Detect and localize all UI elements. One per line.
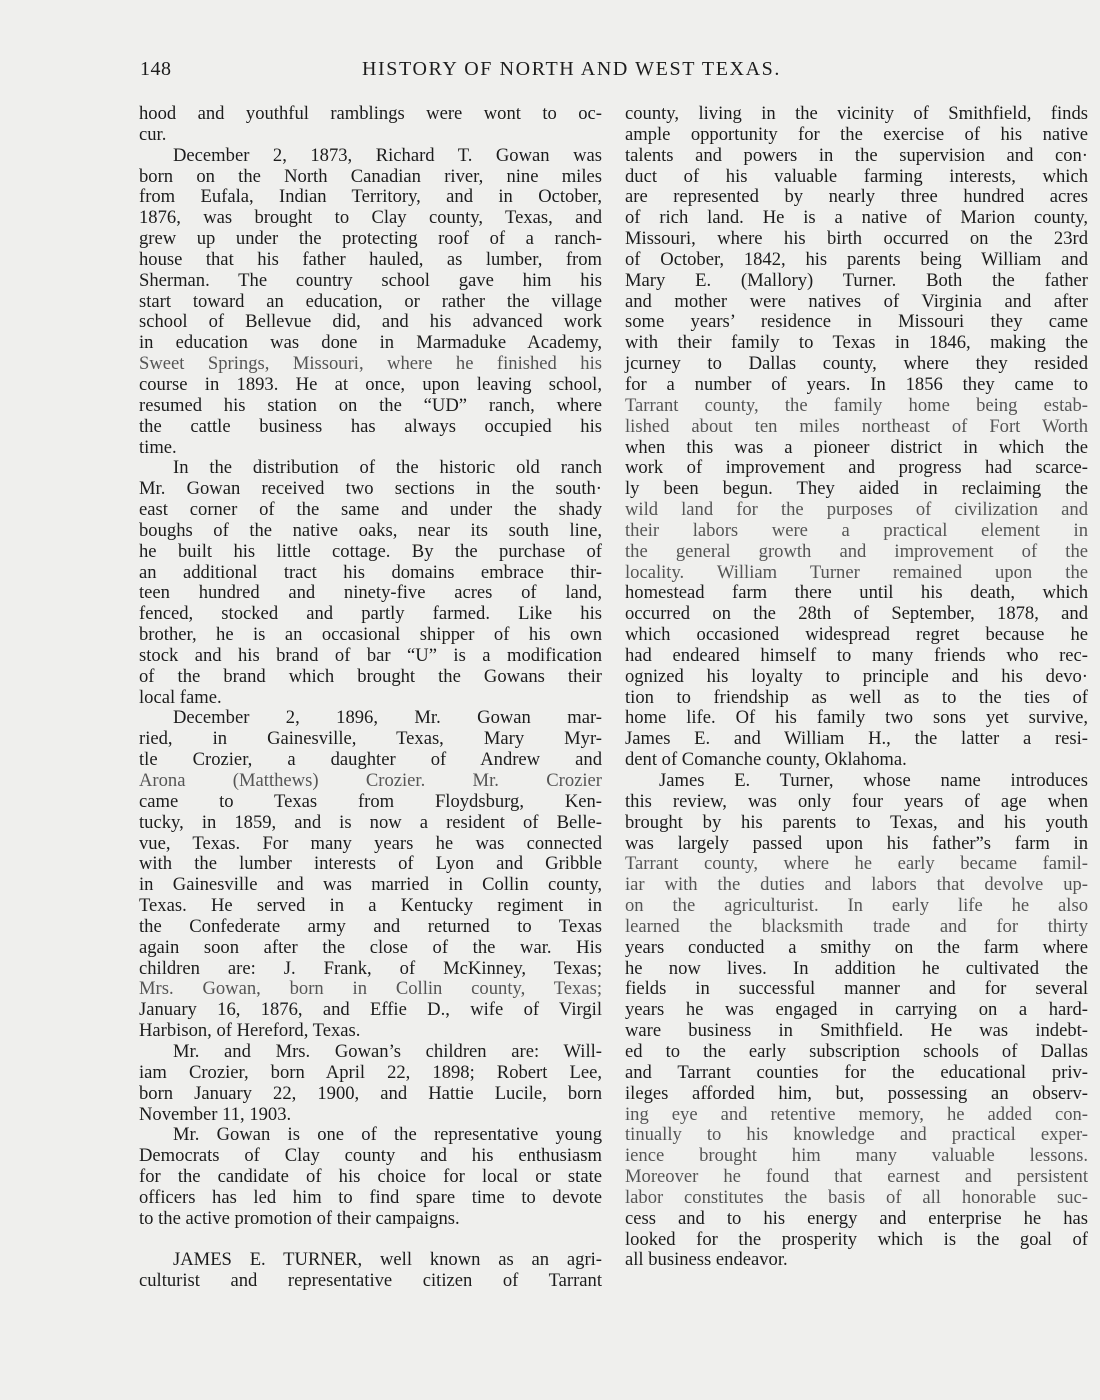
- text-line: Harbison, of Hereford, Texas.: [139, 1021, 602, 1042]
- text-line: tion to friendship as well as to the tie…: [625, 688, 1088, 709]
- text-line: grew up under the protecting roof of a r…: [139, 229, 602, 250]
- text-line: tle Crozier, a daughter of Andrew and: [139, 750, 602, 771]
- text-line: he built his little cottage. By the purc…: [139, 542, 602, 563]
- text-line: talents and powers in the supervision an…: [625, 146, 1088, 167]
- text-line: some years’ residence in Missouri they c…: [625, 312, 1088, 333]
- text-line: which occasioned widespread regret becau…: [625, 625, 1088, 646]
- text-line: work of improvement and progress had sca…: [625, 458, 1088, 479]
- text-line: iam Crozier, born April 22, 1898; Robert…: [139, 1063, 602, 1084]
- text-line: Sherman. The country school gave him his: [139, 271, 602, 292]
- text-line: January 16, 1876, and Effie D., wife of …: [139, 1000, 602, 1021]
- text-line: Tarrant county, where he early became fa…: [625, 854, 1088, 875]
- text-line: ing eye and retentive memory, he added c…: [625, 1105, 1088, 1126]
- text-line: for the candidate of his choice for loca…: [139, 1167, 602, 1188]
- text-line: course in 1893. He at once, upon leaving…: [139, 375, 602, 396]
- text-line: JAMES E. TURNER, well known as an agri-: [139, 1250, 602, 1271]
- text-line: in Gainesville and was married in Collin…: [139, 875, 602, 896]
- text-line: ly been begun. They aided in reclaiming …: [625, 479, 1088, 500]
- text-line: years he was engaged in carrying on a ha…: [625, 1000, 1088, 1021]
- text-line: Sweet Springs, Missouri, where he finish…: [139, 354, 602, 375]
- text-line: wild land for the purposes of civilizati…: [625, 500, 1088, 521]
- text-line: again soon after the close of the war. H…: [139, 938, 602, 959]
- text-line: locality. William Turner remained upon t…: [625, 563, 1088, 584]
- text-line: east corner of the same and under the sh…: [139, 500, 602, 521]
- text-line: officers has led him to find spare time …: [139, 1188, 602, 1209]
- text-line: the cattle business has always occupied …: [139, 417, 602, 438]
- text-line: ried, in Gainesville, Texas, Mary Myr-: [139, 729, 602, 750]
- text-line: and Tarrant counties for the educational…: [625, 1063, 1088, 1084]
- text-line: occurred on the 28th of September, 1878,…: [625, 604, 1088, 625]
- text-line: of the brand which brought the Gowans th…: [139, 667, 602, 688]
- text-line: lished about ten miles northeast of Fort…: [625, 417, 1088, 438]
- paragraph-spacer: [139, 1230, 602, 1251]
- text-line: brought by his parents to Texas, and his…: [625, 813, 1088, 834]
- text-line: are represented by nearly three hundred …: [625, 187, 1088, 208]
- text-line: he now lives. In addition he cultivated …: [625, 959, 1088, 980]
- text-line: Mrs. Gowan, born in Collin county, Texas…: [139, 979, 602, 1000]
- text-line: county, living in the vicinity of Smithf…: [625, 104, 1088, 125]
- text-line: labor constitutes the basis of all honor…: [625, 1188, 1088, 1209]
- running-head: HISTORY OF NORTH AND WEST TEXAS.: [362, 58, 781, 81]
- text-line: Tarrant county, the family home being es…: [625, 396, 1088, 417]
- text-line: James E. Turner, whose name introduces: [625, 771, 1088, 792]
- text-line: vue, Texas. For many years he was connec…: [139, 834, 602, 855]
- text-line: Arona (Matthews) Crozier. Mr. Crozier: [139, 771, 602, 792]
- text-line: cur.: [139, 125, 602, 146]
- text-line: time.: [139, 438, 602, 459]
- text-line: stock and his brand of bar “U” is a modi…: [139, 646, 602, 667]
- text-line: in education was done in Marmaduke Acade…: [139, 333, 602, 354]
- text-line: duct of his valuable farming interests, …: [625, 167, 1088, 188]
- text-line: December 2, 1873, Richard T. Gowan was: [139, 146, 602, 167]
- text-line: dent of Comanche county, Oklahoma.: [625, 750, 1088, 771]
- text-line: ed to the early subscription schools of …: [625, 1042, 1088, 1063]
- text-line: an additional tract his domains embrace …: [139, 563, 602, 584]
- text-line: school of Bellevue did, and his advanced…: [139, 312, 602, 333]
- text-line: all business endeavor.: [625, 1250, 1088, 1271]
- text-line: cess and to his energy and enterprise he…: [625, 1209, 1088, 1230]
- text-line: November 11, 1903.: [139, 1105, 602, 1126]
- text-line: ample opportunity for the exercise of hi…: [625, 125, 1088, 146]
- text-line: for a number of years. In 1856 they came…: [625, 375, 1088, 396]
- text-line: 1876, was brought to Clay county, Texas,…: [139, 208, 602, 229]
- text-line: December 2, 1896, Mr. Gowan mar-: [139, 708, 602, 729]
- text-line: Missouri, where his birth occurred on th…: [625, 229, 1088, 250]
- text-line: the Confederate army and returned to Tex…: [139, 917, 602, 938]
- text-line: of October, 1842, his parents being Will…: [625, 250, 1088, 271]
- text-line: start toward an education, or rather the…: [139, 292, 602, 313]
- text-line: and mother were natives of Virginia and …: [625, 292, 1088, 313]
- text-line: Moreover he found that earnest and persi…: [625, 1167, 1088, 1188]
- text-line: home life. Of his family two sons yet su…: [625, 708, 1088, 729]
- text-line: when this was a pioneer district in whic…: [625, 438, 1088, 459]
- text-line: of rich land. He is a native of Marion c…: [625, 208, 1088, 229]
- text-line: Mr. Gowan is one of the representative y…: [139, 1125, 602, 1146]
- text-line: this review, was only four years of age …: [625, 792, 1088, 813]
- text-line: children are: J. Frank, of McKinney, Tex…: [139, 959, 602, 980]
- text-line: Democrats of Clay county and his enthusi…: [139, 1146, 602, 1167]
- text-line: local fame.: [139, 688, 602, 709]
- text-line: jcurney to Dallas county, where they res…: [625, 354, 1088, 375]
- text-line: Mary E. (Mallory) Turner. Both the fathe…: [625, 271, 1088, 292]
- text-line: with their family to Texas in 1846, maki…: [625, 333, 1088, 354]
- text-line: looked for the prosperity which is the g…: [625, 1230, 1088, 1251]
- text-line: had endeared himself to many friends who…: [625, 646, 1088, 667]
- text-line: born on the North Canadian river, nine m…: [139, 167, 602, 188]
- text-line: Mr. Gowan received two sections in the s…: [139, 479, 602, 500]
- text-line: culturist and representative citizen of …: [139, 1271, 602, 1292]
- text-line: years conducted a smithy on the farm whe…: [625, 938, 1088, 959]
- text-line: ience brought him many valuable lessons.: [625, 1146, 1088, 1167]
- text-line: teen hundred and ninety-five acres of la…: [139, 583, 602, 604]
- text-line: ware business in Smithfield. He was inde…: [625, 1021, 1088, 1042]
- text-line: homestead farm there until his death, wh…: [625, 583, 1088, 604]
- text-line: iar with the duties and labors that devo…: [625, 875, 1088, 896]
- text-line: was largely passed upon his father”s far…: [625, 834, 1088, 855]
- text-line: tinually to his knowledge and practical …: [625, 1125, 1088, 1146]
- text-line: In the distribution of the historic old …: [139, 458, 602, 479]
- text-line: ileges afforded him, but, possessing an …: [625, 1084, 1088, 1105]
- text-line: from Eufala, Indian Territory, and in Oc…: [139, 187, 602, 208]
- text-line: fenced, stocked and partly farmed. Like …: [139, 604, 602, 625]
- text-line: boughs of the native oaks, near its sout…: [139, 521, 602, 542]
- text-line: with the lumber interests of Lyon and Gr…: [139, 854, 602, 875]
- text-line: their labors were a practical element in: [625, 521, 1088, 542]
- text-line: learned the blacksmith trade and for thi…: [625, 917, 1088, 938]
- text-line: tucky, in 1859, and is now a resident of…: [139, 813, 602, 834]
- page-number: 148: [140, 58, 172, 81]
- text-line: brother, he is an occasional shipper of …: [139, 625, 602, 646]
- text-line: on the agriculturist. In early life he a…: [625, 896, 1088, 917]
- text-line: Texas. He served in a Kentucky regiment …: [139, 896, 602, 917]
- text-line: fields in successful manner and for seve…: [625, 979, 1088, 1000]
- text-line: came to Texas from Floydsburg, Ken-: [139, 792, 602, 813]
- text-line: ognized his loyalty to principle and his…: [625, 667, 1088, 688]
- text-line: to the active promotion of their campaig…: [139, 1209, 602, 1230]
- text-line: James E. and William H., the latter a re…: [625, 729, 1088, 750]
- text-line: the general growth and improvement of th…: [625, 542, 1088, 563]
- text-line: born January 22, 1900, and Hattie Lucile…: [139, 1084, 602, 1105]
- text-line: hood and youthful ramblings were wont to…: [139, 104, 602, 125]
- right-column: county, living in the vicinity of Smithf…: [625, 104, 1088, 1271]
- text-line: resumed his station on the “UD” ranch, w…: [139, 396, 602, 417]
- left-column: hood and youthful ramblings were wont to…: [139, 104, 602, 1292]
- text-line: Mr. and Mrs. Gowan’s children are: Will-: [139, 1042, 602, 1063]
- text-line: house that his father hauled, as lumber,…: [139, 250, 602, 271]
